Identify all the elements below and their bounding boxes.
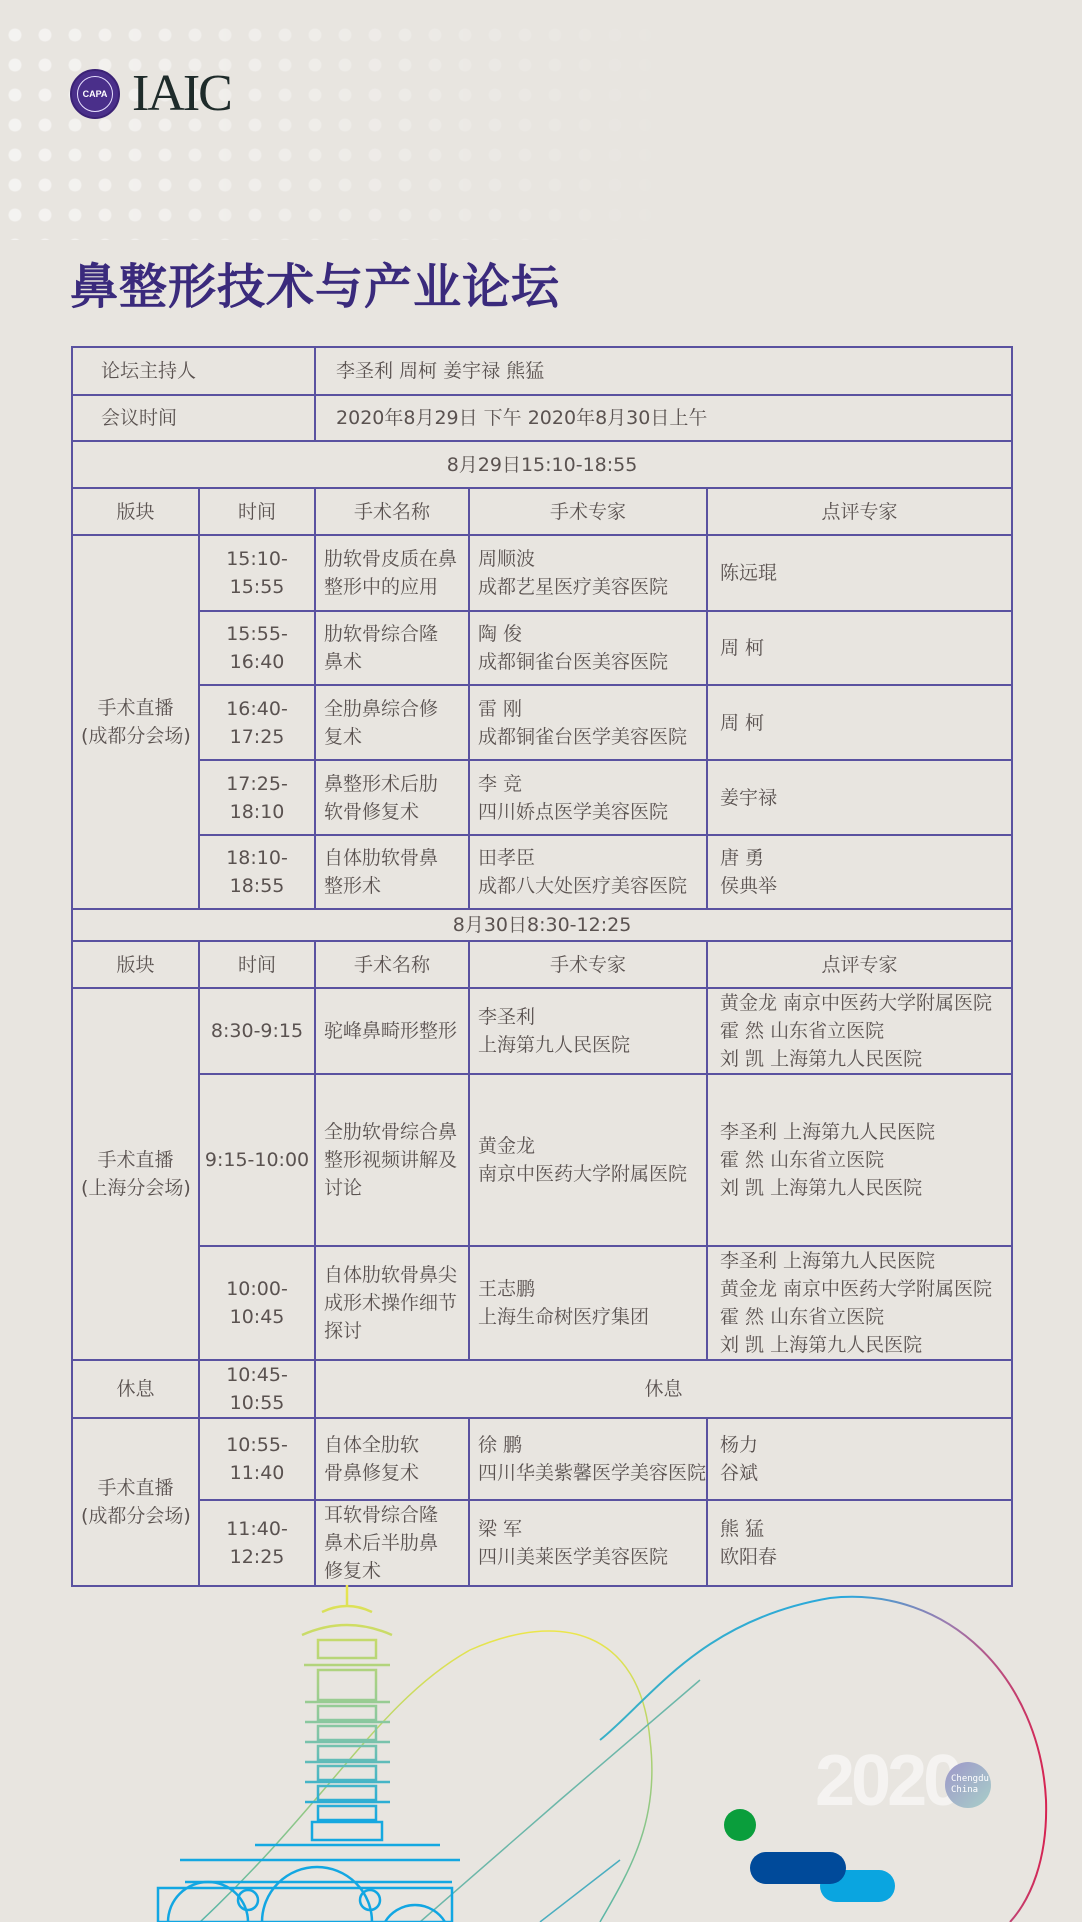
surgery-cell-line: 驼峰鼻畸形整形 bbox=[324, 1017, 460, 1045]
surgery-cell-line: 鼻术 bbox=[324, 648, 460, 676]
reviewers-cell-line: 姜宇禄 bbox=[720, 784, 1003, 812]
schedule-table: 论坛主持人 李圣利 周柯 姜宇禄 熊猛 会议时间 2020年8月29日 下午 2… bbox=[71, 346, 1013, 1587]
surgeon-cell-line: 王志鹏 bbox=[478, 1275, 698, 1303]
schedule-row: 15:55-16:40肋软骨综合隆鼻术陶 俊成都铜雀台医美容医院周 柯 bbox=[72, 611, 1012, 685]
reviewers-cell: 熊 猛欧阳春 bbox=[707, 1500, 1012, 1586]
reviewers-cell-line: 侯典举 bbox=[720, 872, 1003, 900]
surgery-cell-line: 整形术 bbox=[324, 872, 460, 900]
schedule-row: 手术直播(成都分会场)10:55-11:40自体全肋软骨鼻修复术徐 鹏四川华美紫… bbox=[72, 1418, 1012, 1500]
day1-heading-row: 8月29日15:10-18:55 bbox=[72, 441, 1012, 488]
surgeon-cell-line: 成都艺星医疗美容医院 bbox=[478, 573, 698, 601]
surgeon-cell: 梁 军四川美莱医学美容医院 bbox=[469, 1500, 707, 1586]
surgery-cell-line: 全肋软骨综合鼻 bbox=[324, 1118, 460, 1146]
year-watermark: 2020 bbox=[815, 1740, 959, 1822]
reviewers-cell-line: 黄金龙 南京中医药大学附属医院 bbox=[720, 1275, 1003, 1303]
reviewers-cell-line: 刘 凯 上海第九人民医院 bbox=[720, 1045, 1003, 1073]
surgeon-cell-line: 四川娇点医学美容医院 bbox=[478, 798, 698, 826]
col-header-reviewers: 点评专家 bbox=[707, 941, 1012, 988]
section-cell: 手术直播(上海分会场) bbox=[72, 988, 199, 1360]
reviewers-cell-line: 杨力 bbox=[720, 1431, 1003, 1459]
time-cell: 15:10-15:55 bbox=[199, 535, 315, 611]
surgery-cell-line: 复术 bbox=[324, 723, 460, 751]
surgeon-cell-line: 徐 鹏 bbox=[478, 1431, 698, 1459]
surgery-cell-line: 软骨修复术 bbox=[324, 798, 460, 826]
section-cell: 手术直播(成都分会场) bbox=[72, 535, 199, 909]
reviewers-cell: 杨力谷斌 bbox=[707, 1418, 1012, 1500]
surgery-cell-line: 自体肋软骨鼻 bbox=[324, 844, 460, 872]
reviewers-cell-line: 刘 凯 上海第九人民医院 bbox=[720, 1331, 1003, 1359]
time-value: 2020年8月29日 下午 2020年8月30日上午 bbox=[315, 395, 1012, 441]
iaic-wordmark: IAIC bbox=[132, 68, 231, 120]
surgeon-cell-line: 雷 刚 bbox=[478, 695, 698, 723]
surgeon-cell-line: 李圣利 bbox=[478, 1003, 698, 1031]
hosts-row: 论坛主持人 李圣利 周柯 姜宇禄 熊猛 bbox=[72, 347, 1012, 395]
time-cell: 10:00-10:45 bbox=[199, 1246, 315, 1360]
surgeon-cell: 田孝臣成都八大处医疗美容医院 bbox=[469, 835, 707, 909]
reviewers-cell: 周 柯 bbox=[707, 685, 1012, 760]
reviewers-cell-line: 李圣利 上海第九人民医院 bbox=[720, 1247, 1003, 1275]
surgery-cell-line: 整形视频讲解及 bbox=[324, 1146, 460, 1174]
day2-chengdu-rows: 手术直播(成都分会场)10:55-11:40自体全肋软骨鼻修复术徐 鹏四川华美紫… bbox=[72, 1418, 1012, 1586]
capa-emblem-icon: CAPA bbox=[70, 69, 120, 119]
surgeon-cell-line: 田孝臣 bbox=[478, 844, 698, 872]
schedule-row: 10:00-10:45自体肋软骨鼻尖成形术操作细节探讨王志鹏上海生命树医疗集团李… bbox=[72, 1246, 1012, 1360]
city-line1: Chengdu bbox=[951, 1774, 989, 1784]
time-cell: 11:40-12:25 bbox=[199, 1500, 315, 1586]
time-cell: 17:25-18:10 bbox=[199, 760, 315, 835]
schedule-row: 11:40-12:25耳软骨综合隆鼻术后半肋鼻修复术梁 军四川美莱医学美容医院熊… bbox=[72, 1500, 1012, 1586]
surgery-cell: 全肋软骨综合鼻整形视频讲解及讨论 bbox=[315, 1074, 469, 1246]
surgery-cell: 全肋鼻综合修复术 bbox=[315, 685, 469, 760]
surgeon-cell-line: 李 竞 bbox=[478, 770, 698, 798]
day2-shanghai-rows: 手术直播(上海分会场)8:30-9:15驼峰鼻畸形整形李圣利上海第九人民医院黄金… bbox=[72, 988, 1012, 1360]
reviewers-cell: 李圣利 上海第九人民医院黄金龙 南京中医药大学附属医院霍 然 山东省立医院刘 凯… bbox=[707, 1246, 1012, 1360]
time-label: 会议时间 bbox=[72, 395, 315, 441]
surgeon-cell: 李圣利上海第九人民医院 bbox=[469, 988, 707, 1074]
surgery-cell: 耳软骨综合隆鼻术后半肋鼻修复术 bbox=[315, 1500, 469, 1586]
surgery-cell: 肋软骨综合隆鼻术 bbox=[315, 611, 469, 685]
reviewers-cell-line: 唐 勇 bbox=[720, 844, 1003, 872]
surgery-cell: 驼峰鼻畸形整形 bbox=[315, 988, 469, 1074]
surgery-cell-line: 骨鼻修复术 bbox=[324, 1459, 460, 1487]
break-label: 休息 bbox=[315, 1360, 1012, 1418]
col-header-section: 版块 bbox=[72, 941, 199, 988]
surgery-cell: 自体肋软骨鼻尖成形术操作细节探讨 bbox=[315, 1246, 469, 1360]
surgeon-cell: 王志鹏上海生命树医疗集团 bbox=[469, 1246, 707, 1360]
break-section: 休息 bbox=[72, 1360, 199, 1418]
hosts-label: 论坛主持人 bbox=[72, 347, 315, 395]
section-label: 手术直播 bbox=[81, 1146, 190, 1174]
navy-pill bbox=[750, 1852, 846, 1884]
header-logo: CAPA IAIC bbox=[70, 68, 231, 120]
surgeon-cell: 陶 俊成都铜雀台医美容医院 bbox=[469, 611, 707, 685]
surgery-cell-line: 全肋鼻综合修 bbox=[324, 695, 460, 723]
surgeon-cell-line: 上海第九人民医院 bbox=[478, 1031, 698, 1059]
surgery-cell: 肋软骨皮质在鼻整形中的应用 bbox=[315, 535, 469, 611]
section-label: (成都分会场) bbox=[81, 722, 190, 750]
surgery-cell-line: 整形中的应用 bbox=[324, 573, 460, 601]
schedule-row: 手术直播(上海分会场)8:30-9:15驼峰鼻畸形整形李圣利上海第九人民医院黄金… bbox=[72, 988, 1012, 1074]
break-time: 10:45-10:55 bbox=[199, 1360, 315, 1418]
capa-text: CAPA bbox=[83, 89, 108, 99]
day2-heading-row: 8月30日8:30-12:25 bbox=[72, 909, 1012, 941]
reviewers-cell-line: 陈远琨 bbox=[720, 559, 1003, 587]
surgeon-cell-line: 成都八大处医疗美容医院 bbox=[478, 872, 698, 900]
surgeon-cell: 黄金龙南京中医药大学附属医院 bbox=[469, 1074, 707, 1246]
schedule-row: 9:15-10:00全肋软骨综合鼻整形视频讲解及讨论黄金龙南京中医药大学附属医院… bbox=[72, 1074, 1012, 1246]
surgery-cell-line: 自体全肋软 bbox=[324, 1431, 460, 1459]
day1-column-header: 版块 时间 手术名称 手术专家 点评专家 bbox=[72, 488, 1012, 535]
surgeon-cell-line: 南京中医药大学附属医院 bbox=[478, 1160, 698, 1188]
schedule-row: 18:10-18:55自体肋软骨鼻整形术田孝臣成都八大处医疗美容医院唐 勇侯典举 bbox=[72, 835, 1012, 909]
surgeon-cell-line: 成都铜雀台医美容医院 bbox=[478, 648, 698, 676]
page-title: 鼻整形技术与产业论坛 bbox=[70, 248, 560, 317]
pagoda-tower-icon bbox=[158, 1585, 460, 1922]
surgeon-cell: 李 竞四川娇点医学美容医院 bbox=[469, 760, 707, 835]
reviewers-cell: 黄金龙 南京中医药大学附属医院霍 然 山东省立医院刘 凯 上海第九人民医院 bbox=[707, 988, 1012, 1074]
hosts-value: 李圣利 周柯 姜宇禄 熊猛 bbox=[315, 347, 1012, 395]
reviewers-cell: 陈远琨 bbox=[707, 535, 1012, 611]
chengdu-china-badge: Chengdu China bbox=[945, 1762, 991, 1808]
reviewers-cell: 李圣利 上海第九人民医院霍 然 山东省立医院刘 凯 上海第九人民医院 bbox=[707, 1074, 1012, 1246]
reviewers-cell: 周 柯 bbox=[707, 611, 1012, 685]
reviewers-cell-line: 霍 然 山东省立医院 bbox=[720, 1303, 1003, 1331]
day1-rows: 手术直播(成都分会场)15:10-15:55肋软骨皮质在鼻整形中的应用周顺波成都… bbox=[72, 535, 1012, 909]
reviewers-cell-line: 黄金龙 南京中医药大学附属医院 bbox=[720, 989, 1003, 1017]
surgeon-cell: 周顺波成都艺星医疗美容医院 bbox=[469, 535, 707, 611]
col-header-surgery: 手术名称 bbox=[315, 941, 469, 988]
surgery-cell-line: 肋软骨皮质在鼻 bbox=[324, 545, 460, 573]
time-row: 会议时间 2020年8月29日 下午 2020年8月30日上午 bbox=[72, 395, 1012, 441]
surgeon-cell-line: 四川华美紫馨医学美容医院 bbox=[478, 1459, 698, 1487]
surgeon-cell-line: 周顺波 bbox=[478, 545, 698, 573]
col-header-surgeon: 手术专家 bbox=[469, 488, 707, 535]
col-header-time: 时间 bbox=[199, 488, 315, 535]
surgery-cell: 鼻整形术后肋软骨修复术 bbox=[315, 760, 469, 835]
col-header-surgery: 手术名称 bbox=[315, 488, 469, 535]
surgery-cell-line: 探讨 bbox=[324, 1317, 460, 1345]
surgeon-cell: 徐 鹏四川华美紫馨医学美容医院 bbox=[469, 1418, 707, 1500]
schedule-row: 17:25-18:10鼻整形术后肋软骨修复术李 竞四川娇点医学美容医院姜宇禄 bbox=[72, 760, 1012, 835]
time-cell: 8:30-9:15 bbox=[199, 988, 315, 1074]
surgery-cell-line: 耳软骨综合隆 bbox=[324, 1501, 460, 1529]
time-cell: 10:55-11:40 bbox=[199, 1418, 315, 1500]
reviewers-cell-line: 谷斌 bbox=[720, 1459, 1003, 1487]
section-cell: 手术直播(成都分会场) bbox=[72, 1418, 199, 1586]
reviewers-cell-line: 李圣利 上海第九人民医院 bbox=[720, 1118, 1003, 1146]
yellow-arc bbox=[200, 1631, 652, 1922]
surgeon-cell: 雷 刚成都铜雀台医学美容医院 bbox=[469, 685, 707, 760]
surgery-cell-line: 自体肋软骨鼻尖 bbox=[324, 1261, 460, 1289]
time-cell: 9:15-10:00 bbox=[199, 1074, 315, 1246]
reviewers-cell-line: 欧阳春 bbox=[720, 1543, 1003, 1571]
day1-heading: 8月29日15:10-18:55 bbox=[72, 441, 1012, 488]
break-row: 休息 10:45-10:55 休息 bbox=[72, 1360, 1012, 1418]
surgeon-cell-line: 陶 俊 bbox=[478, 620, 698, 648]
col-header-section: 版块 bbox=[72, 488, 199, 535]
reviewers-cell-line: 熊 猛 bbox=[720, 1515, 1003, 1543]
reviewers-cell-line: 霍 然 山东省立医院 bbox=[720, 1017, 1003, 1045]
surgeon-cell-line: 黄金龙 bbox=[478, 1132, 698, 1160]
reviewers-cell: 唐 勇侯典举 bbox=[707, 835, 1012, 909]
time-cell: 15:55-16:40 bbox=[199, 611, 315, 685]
schedule-row: 手术直播(成都分会场)15:10-15:55肋软骨皮质在鼻整形中的应用周顺波成都… bbox=[72, 535, 1012, 611]
time-cell: 16:40-17:25 bbox=[199, 685, 315, 760]
section-label: 手术直播 bbox=[81, 1474, 190, 1502]
surgery-cell-line: 肋软骨综合隆 bbox=[324, 620, 460, 648]
surgeon-cell-line: 四川美莱医学美容医院 bbox=[478, 1543, 698, 1571]
reviewers-cell-line: 周 柯 bbox=[720, 634, 1003, 662]
surgeon-cell-line: 梁 军 bbox=[478, 1515, 698, 1543]
schedule-row: 16:40-17:25全肋鼻综合修复术雷 刚成都铜雀台医学美容医院周 柯 bbox=[72, 685, 1012, 760]
section-label: (上海分会场) bbox=[81, 1174, 190, 1202]
section-label: (成都分会场) bbox=[81, 1502, 190, 1530]
green-dot bbox=[724, 1809, 756, 1841]
surgery-cell: 自体肋软骨鼻整形术 bbox=[315, 835, 469, 909]
col-header-reviewers: 点评专家 bbox=[707, 488, 1012, 535]
reviewers-cell-line: 霍 然 山东省立医院 bbox=[720, 1146, 1003, 1174]
day2-heading: 8月30日8:30-12:25 bbox=[72, 909, 1012, 941]
reviewers-cell-line: 刘 凯 上海第九人民医院 bbox=[720, 1174, 1003, 1202]
col-header-time: 时间 bbox=[199, 941, 315, 988]
surgery-cell: 自体全肋软骨鼻修复术 bbox=[315, 1418, 469, 1500]
reviewers-cell: 姜宇禄 bbox=[707, 760, 1012, 835]
day2-column-header: 版块 时间 手术名称 手术专家 点评专家 bbox=[72, 941, 1012, 988]
surgeon-cell-line: 成都铜雀台医学美容医院 bbox=[478, 723, 698, 751]
city-line2: China bbox=[951, 1785, 978, 1795]
surgery-cell-line: 鼻整形术后肋 bbox=[324, 770, 460, 798]
surgery-cell-line: 鼻术后半肋鼻 bbox=[324, 1529, 460, 1557]
time-cell: 18:10-18:55 bbox=[199, 835, 315, 909]
section-label: 手术直播 bbox=[81, 694, 190, 722]
dot-pattern-background bbox=[0, 20, 700, 240]
surgery-cell-line: 成形术操作细节 bbox=[324, 1289, 460, 1317]
col-header-surgeon: 手术专家 bbox=[469, 941, 707, 988]
surgery-cell-line: 讨论 bbox=[324, 1174, 460, 1202]
surgeon-cell-line: 上海生命树医疗集团 bbox=[478, 1303, 698, 1331]
reviewers-cell-line: 周 柯 bbox=[720, 709, 1003, 737]
